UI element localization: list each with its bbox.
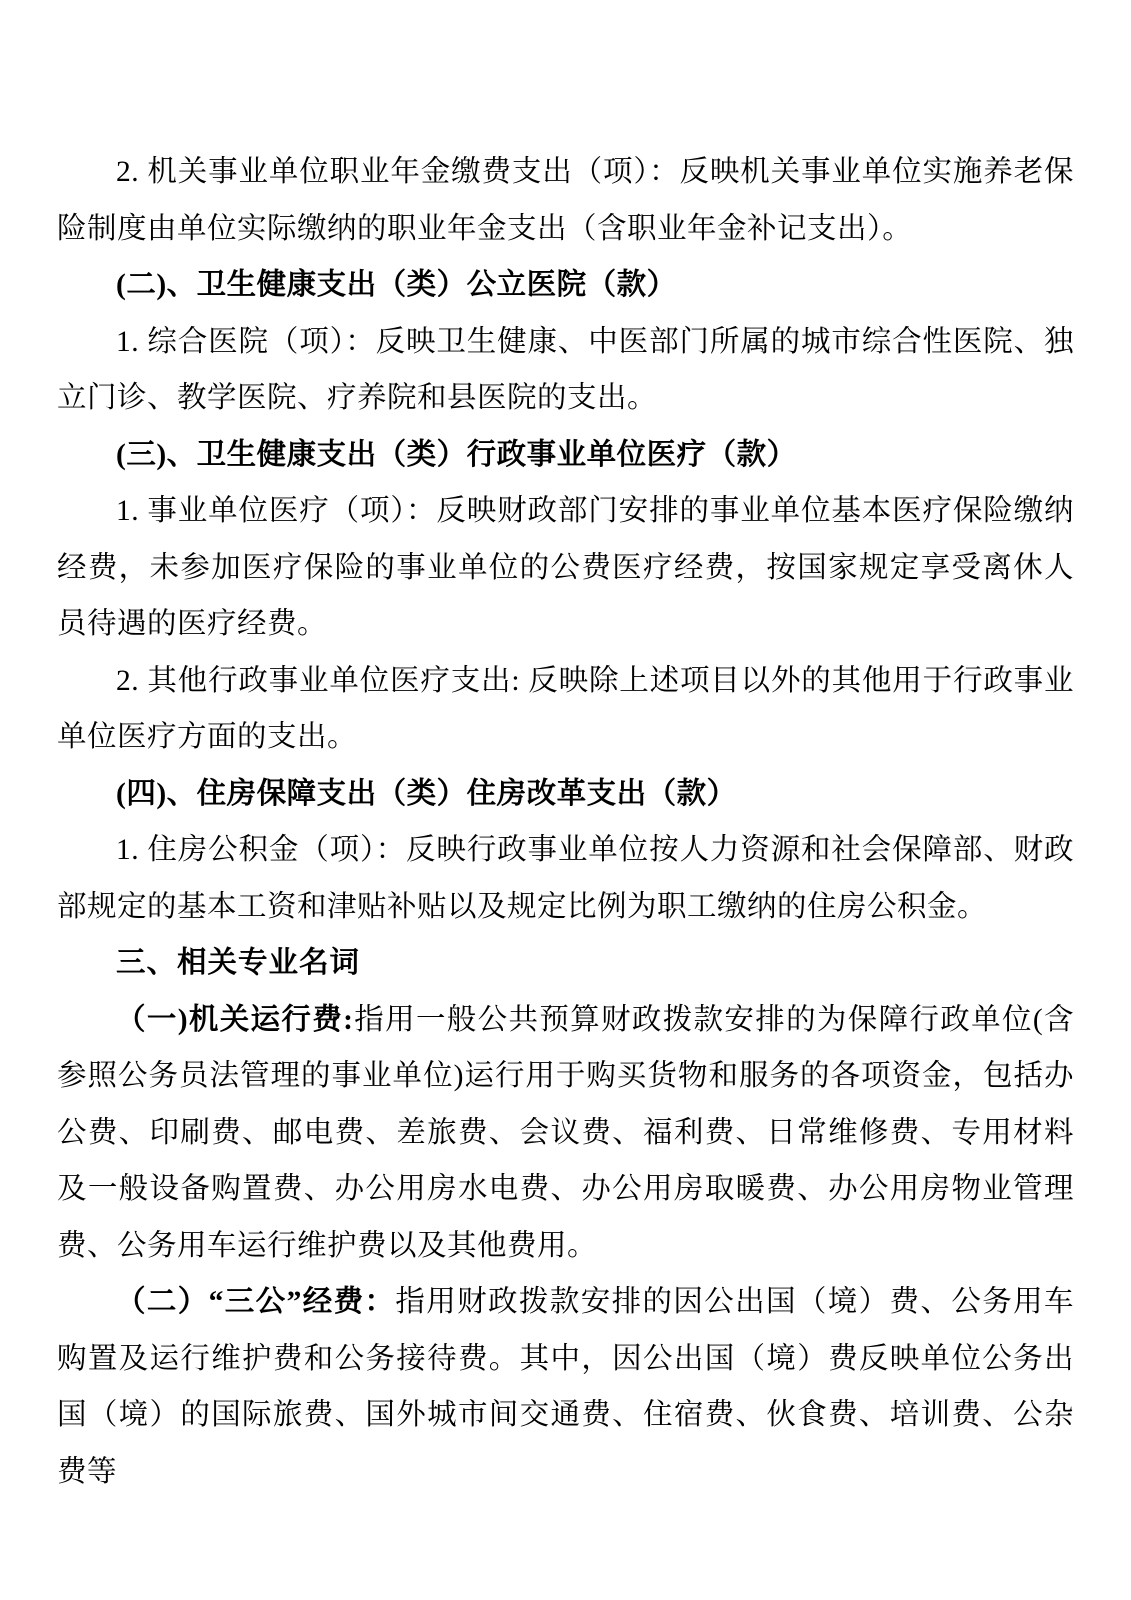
paragraph-annuity-contribution: 2. 机关事业单位职业年金缴费支出（项）：反映机关事业单位实施养老保险制度由单位… xyxy=(57,144,1074,257)
heading-related-terms: 三、相关专业名词 xyxy=(57,935,1074,992)
term-definition-agency-operating-cost: 指用一般公共预算财政拨款安排的为保障行政单位(含参照公务员法管理的事业单位)运行… xyxy=(57,1004,1074,1262)
paragraph-general-hospital: 1. 综合医院（项）：反映卫生健康、中医部门所属的城市综合性医院、独立门诊、教学… xyxy=(57,314,1074,427)
paragraph-agency-operating-cost: （一)机关运行费:指用一般公共预算财政拨款安排的为保障行政单位(含参照公务员法管… xyxy=(57,992,1074,1275)
heading-public-hospital: (二)、卫生健康支出（类）公立医院（款） xyxy=(57,257,1074,314)
paragraph-three-public-funds: （二）“三公”经费：指用财政拨款安排的因公出国（境）费、公务用车购置及运行维护费… xyxy=(57,1274,1074,1500)
paragraph-institution-medical: 1. 事业单位医疗（项）：反映财政部门安排的事业单位基本医疗保险缴纳经费，未参加… xyxy=(57,483,1074,653)
term-lead-three-public-funds: （二）“三公”经费： xyxy=(116,1286,395,1318)
heading-admin-institution-medical: (三)、卫生健康支出（类）行政事业单位医疗（款） xyxy=(57,427,1074,484)
term-lead-agency-operating-cost: （一)机关运行费: xyxy=(116,1004,353,1036)
document-page: 2. 机关事业单位职业年金缴费支出（项）：反映机关事业单位实施养老保险制度由单位… xyxy=(0,0,1131,1600)
paragraph-housing-fund: 1. 住房公积金（项）：反映行政事业单位按人力资源和社会保障部、财政部规定的基本… xyxy=(57,822,1074,935)
paragraph-other-admin-medical: 2. 其他行政事业单位医疗支出: 反映除上述项目以外的其他用于行政事业单位医疗方… xyxy=(57,653,1074,766)
heading-housing-reform: (四)、住房保障支出（类）住房改革支出（款） xyxy=(57,766,1074,823)
document-body: 2. 机关事业单位职业年金缴费支出（项）：反映机关事业单位实施养老保险制度由单位… xyxy=(57,144,1074,1500)
